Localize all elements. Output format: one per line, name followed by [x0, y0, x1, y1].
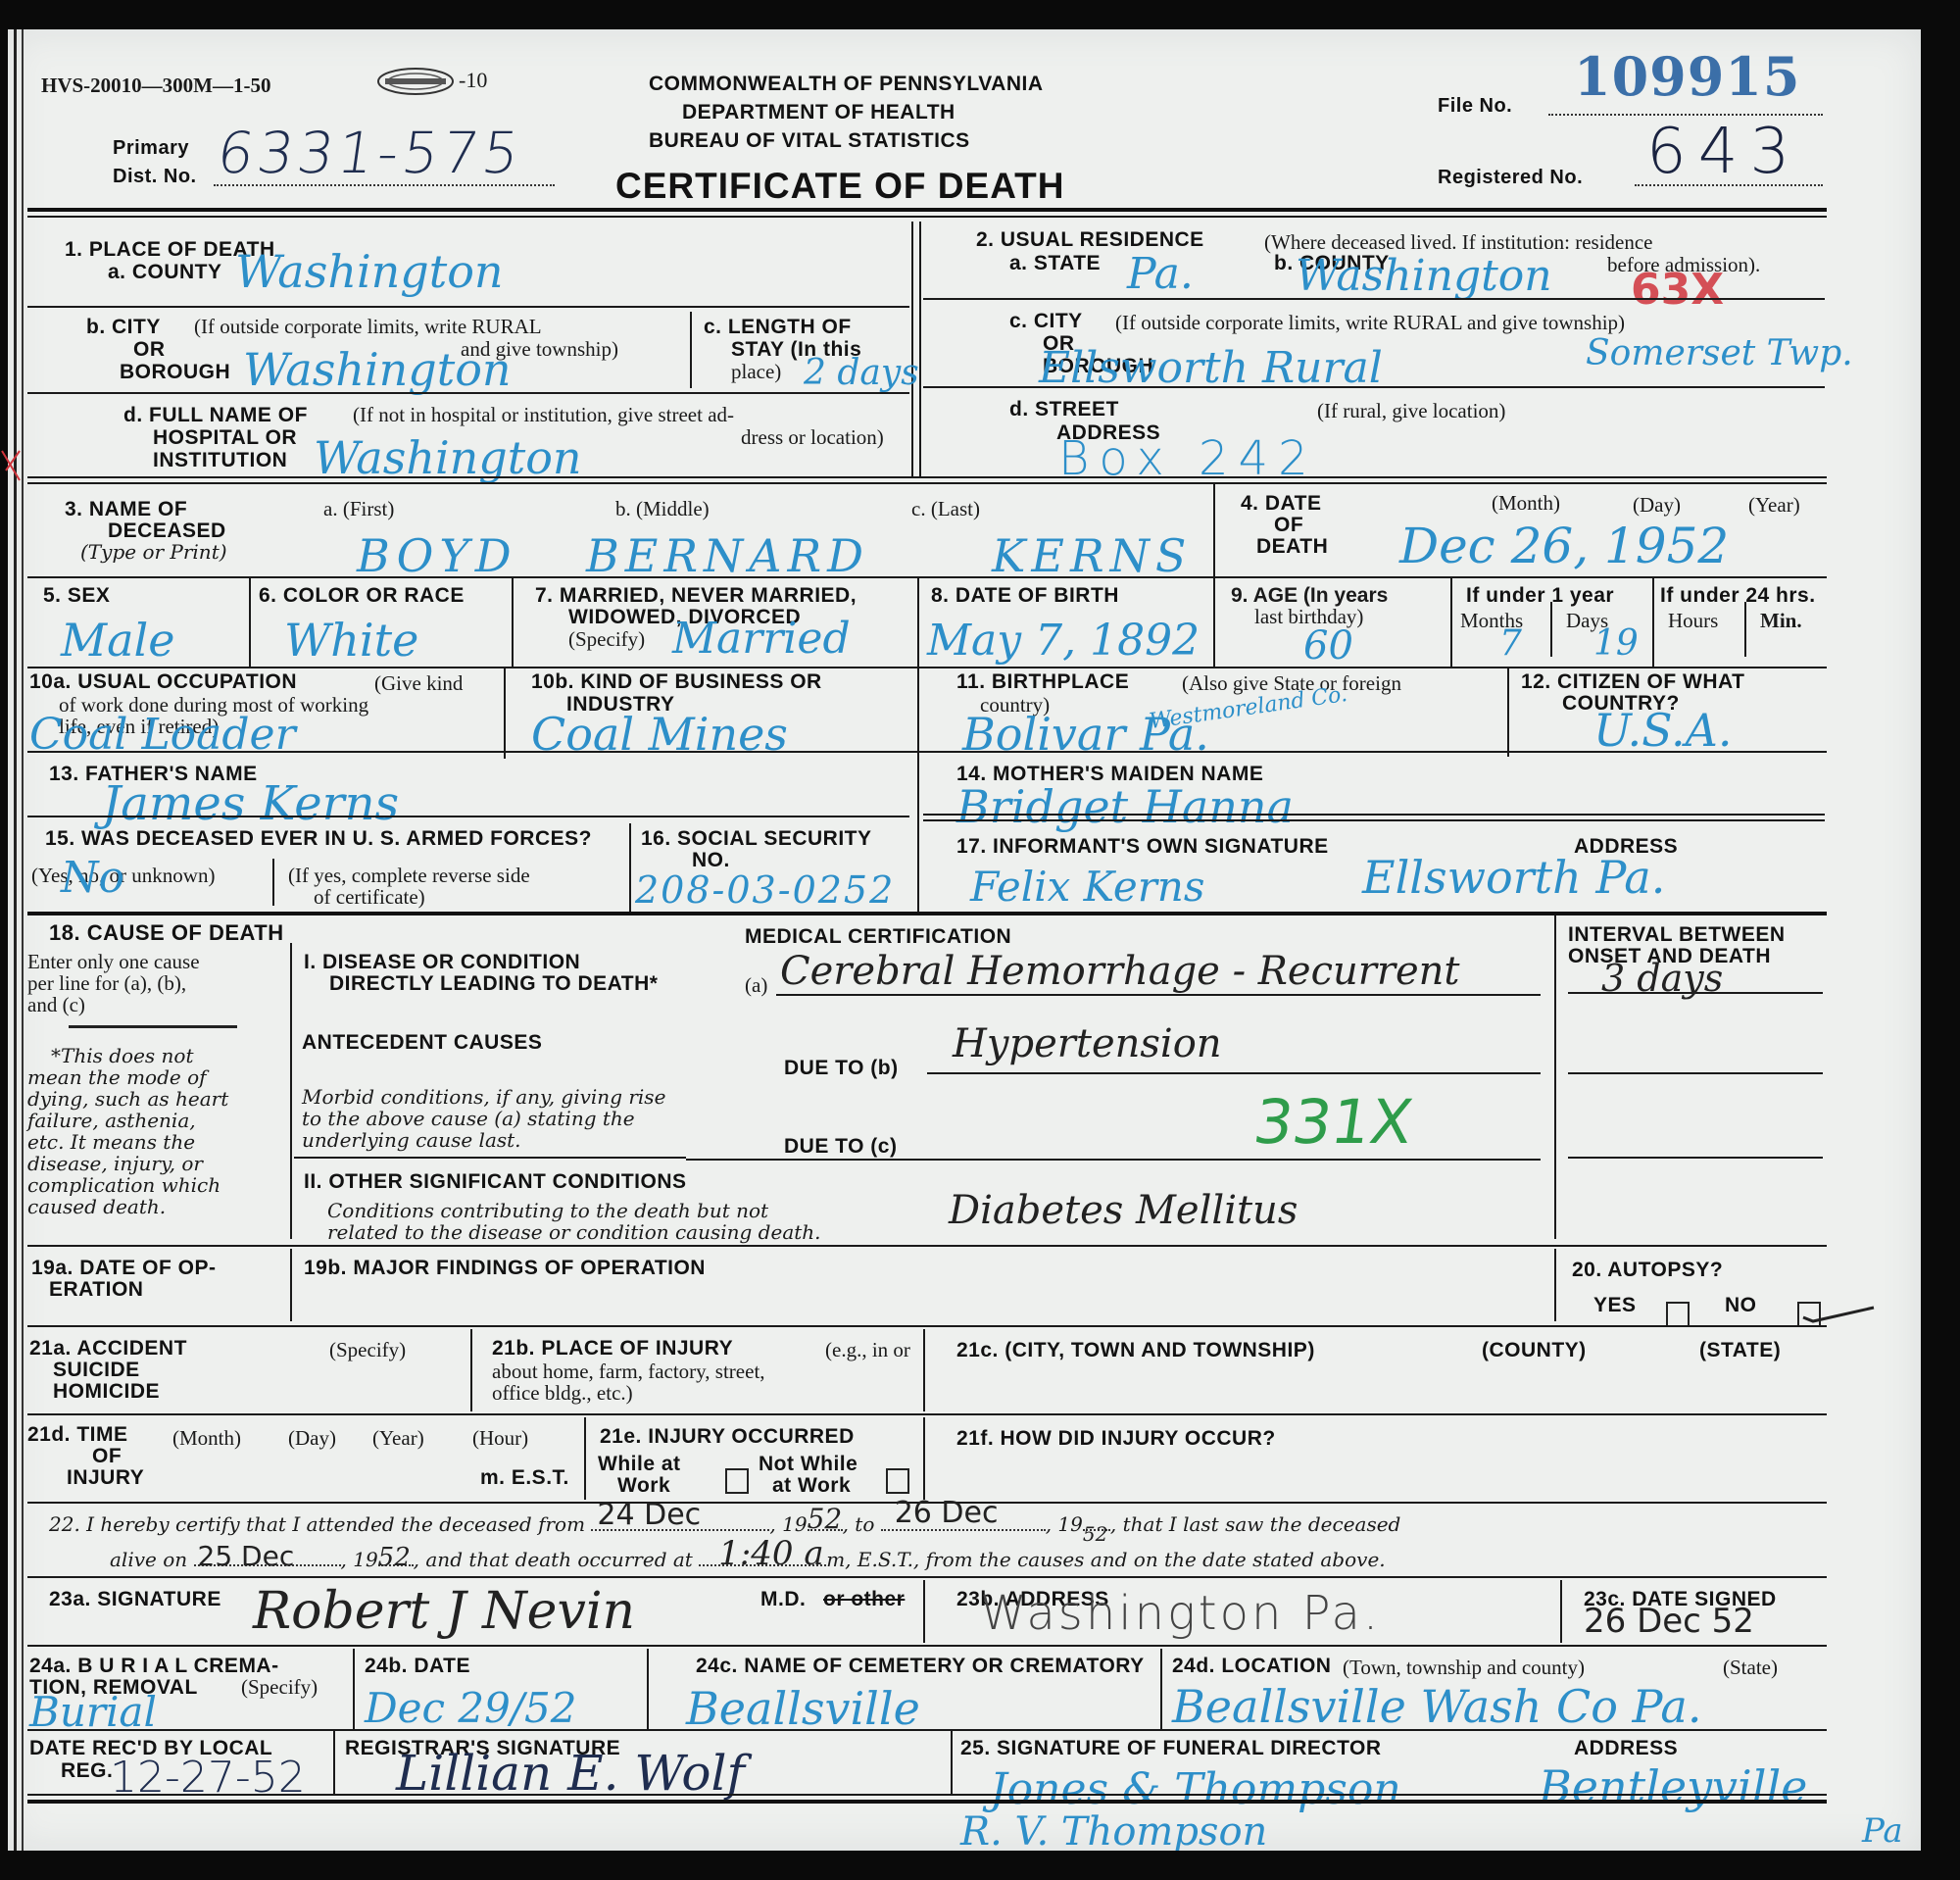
left-border [14, 29, 17, 1851]
rule [923, 1417, 925, 1500]
under-24-label: If under 24 hrs. [1660, 584, 1816, 607]
county-label: a. COUNTY [108, 261, 222, 283]
name-label-1: 3. NAME OF [65, 498, 187, 520]
rule [27, 1794, 1827, 1796]
burial-location-value[interactable]: Beallsville Wash Co Pa. [1172, 1680, 1701, 1733]
residence-city-label: c. CITY [1009, 310, 1083, 332]
last-name-label: c. (Last) [911, 498, 980, 520]
marital-label-1: 7. MARRIED, NEVER MARRIED, [535, 584, 857, 607]
alive-year-field[interactable]: 52 [378, 1564, 414, 1566]
armed-forces-label: 15. WAS DECEASED EVER IN U. S. ARMED FOR… [45, 827, 592, 850]
op-date-label-2: ERATION [49, 1278, 143, 1301]
rule [504, 667, 506, 759]
informant-label: 17. INFORMANT'S OWN SIGNATURE [956, 835, 1329, 858]
rule [69, 1025, 237, 1028]
rule [27, 306, 909, 308]
accident-label-2: SUICIDE [53, 1359, 140, 1381]
due-c-label: DUE TO (c) [784, 1135, 897, 1158]
rule [27, 1576, 1827, 1578]
dod-month-label: (Month) [1492, 492, 1560, 515]
funeral-address-value[interactable]: Bentleyville [1539, 1760, 1807, 1813]
time-est: m. E.S.T. [480, 1466, 569, 1489]
medical-cert-label: MEDICAL CERTIFICATION [745, 925, 1011, 948]
footnote-4: failure, asthenia, [27, 1110, 196, 1132]
city-note-1: (If outside corporate limits, write RURA… [194, 316, 542, 338]
months-value[interactable]: 7 [1499, 623, 1522, 664]
footnote-7: complication which [27, 1174, 220, 1197]
file-no-value: 109915 [1574, 45, 1800, 108]
time-label-1: 21d. TIME [27, 1423, 128, 1446]
hospital-label-3: INSTITUTION [153, 449, 287, 471]
physician-address-value[interactable]: Washington Pa. [980, 1586, 1381, 1641]
autopsy-yes-label: YES [1593, 1294, 1637, 1316]
rule [1560, 1580, 1562, 1643]
stay-label-3: place) [731, 361, 781, 383]
rule [27, 1729, 1827, 1731]
rule [27, 392, 909, 394]
city-label: b. CITY [86, 316, 161, 338]
interval-a-value[interactable]: 3 days [1601, 957, 1723, 1000]
death-county-value[interactable]: Washington [235, 245, 504, 298]
death-city-value[interactable]: Washington [243, 343, 512, 396]
rule [512, 576, 514, 667]
rule [629, 823, 631, 912]
instructions-2: per line for (a), (b), [27, 972, 186, 995]
rule [917, 667, 919, 759]
dod-year-label: (Year) [1748, 494, 1800, 517]
funeral-director-value[interactable]: Jones & Thompson [990, 1764, 1401, 1814]
instructions-3: and (c) [27, 994, 85, 1016]
residence-state-value[interactable]: Pa. [1127, 249, 1194, 299]
while-at-work-checkbox[interactable] [725, 1468, 749, 1494]
divider-1-2b [919, 222, 921, 478]
rule [923, 819, 1825, 821]
part1-label-1: I. DISEASE OR CONDITION [304, 951, 580, 973]
hospital-label-2: HOSPITAL OR [153, 426, 297, 449]
mother-name-value[interactable]: Bridget Hanna [956, 780, 1294, 833]
rule [27, 816, 909, 817]
other-conditions-value[interactable]: Diabetes Mellitus [949, 1188, 1298, 1233]
rule [1554, 915, 1556, 1239]
op-date-label-1: 19a. DATE OF OP- [31, 1257, 216, 1279]
injury-state-label: (STATE) [1699, 1339, 1781, 1361]
burial-specify: (Specify) [241, 1676, 318, 1699]
name-label-3: (Type or Print) [80, 541, 227, 564]
header-rule-1 [27, 208, 1827, 212]
rule [27, 912, 1827, 915]
rule [923, 298, 1825, 300]
injury-county-label: (COUNTY) [1482, 1339, 1587, 1361]
hours-label: Hours [1668, 610, 1718, 632]
certify-line-1: 22. I hereby certify that I attended the… [49, 1513, 1400, 1536]
date-of-death-value[interactable]: Dec 26, 1952 [1399, 518, 1729, 574]
rule [686, 1159, 1541, 1161]
race-value[interactable]: White [284, 614, 418, 667]
time-label-3: INJURY [67, 1466, 144, 1489]
rule [27, 751, 1827, 753]
residence-township-value[interactable]: Somerset Twp. [1586, 333, 1853, 373]
rule [923, 814, 1825, 816]
rule [249, 576, 251, 667]
antecedent-note-3: underlying cause last. [302, 1129, 521, 1152]
residence-title: 2. USUAL RESIDENCE [976, 228, 1204, 251]
rule [917, 576, 919, 667]
burial-location-note: (Town, township and county) [1343, 1657, 1585, 1679]
rule [290, 943, 292, 1239]
agency-line-2: DEPARTMENT OF HEALTH [682, 101, 955, 124]
injury-location-label: 21c. (CITY, TOWN AND TOWNSHIP) [956, 1339, 1315, 1361]
dod-label-2: OF [1274, 514, 1303, 536]
hospital-label-1: d. FULL NAME OF [123, 404, 308, 426]
middle-name-value[interactable]: BERNARD [586, 529, 869, 582]
dod-label-1: 4. DATE [1241, 492, 1321, 515]
to-date-field[interactable]: 26 Dec [881, 1529, 1046, 1531]
time-hour: (Hour) [472, 1427, 528, 1450]
page-title: CERTIFICATE OF DEATH [615, 167, 1065, 206]
left-border-inner [22, 29, 24, 1851]
md-label: M.D. [760, 1588, 806, 1610]
occurred-label: 21e. INJURY OCCURRED [600, 1425, 855, 1448]
union-bug-seal-icon [375, 67, 456, 96]
date-signed-value[interactable]: 26 Dec 52 [1584, 1602, 1754, 1641]
informant-signature-value[interactable]: Felix Kerns [970, 863, 1204, 911]
rule [923, 386, 1825, 388]
name-label-2: DECEASED [108, 519, 226, 542]
dob-label: 8. DATE OF BIRTH [931, 584, 1119, 607]
place-of-injury-note-3: office bldg., etc.) [492, 1382, 633, 1405]
rule [1213, 576, 1215, 667]
occupation-label-1: 10a. USUAL OCCUPATION [29, 670, 297, 693]
footnote-3: dying, such as heart [27, 1088, 228, 1111]
footnote-1: *This does not [51, 1045, 194, 1067]
days-value[interactable]: 19 [1593, 623, 1639, 664]
first-name-label: a. (First) [323, 498, 394, 520]
registered-no-value[interactable]: 643 [1646, 116, 1801, 188]
rule [923, 1580, 925, 1643]
length-of-stay-value[interactable]: 2 days [804, 353, 919, 393]
header-rule-2 [27, 216, 1827, 218]
dod-label-3: DEATH [1256, 535, 1328, 558]
armed-forces-note-3: of certificate) [314, 886, 425, 909]
file-no-label: File No. [1438, 95, 1512, 118]
cause-b-value[interactable]: Hypertension [953, 1021, 1222, 1066]
burial-date-label: 24b. DATE [365, 1655, 470, 1677]
rule [27, 1245, 1827, 1247]
or-other-label: or other [823, 1588, 905, 1610]
rule [1213, 484, 1215, 576]
funeral-address-state[interactable]: Pa [1862, 1811, 1903, 1851]
cemetery-value[interactable]: Beallsville [686, 1682, 920, 1735]
registered-no-label: Registered No. [1438, 167, 1583, 189]
place-of-injury-note-1: (e.g., in or [825, 1339, 910, 1361]
hospital-note-2: dress or location) [741, 426, 884, 449]
rule [1554, 1249, 1556, 1321]
from-year-field[interactable]: 52 [808, 1529, 843, 1531]
from-date-field[interactable]: 24 Dec [591, 1529, 769, 1531]
place-of-injury-label: 21b. PLACE OF INJURY [492, 1337, 733, 1360]
time-day: (Day) [288, 1427, 336, 1450]
city-label-or: OR [133, 338, 166, 361]
while-at-work-2: Work [617, 1474, 670, 1497]
footnote-6: disease, injury, or [27, 1153, 203, 1175]
antecedent-note-1: Morbid conditions, if any, giving rise [302, 1086, 665, 1109]
rule [27, 482, 1827, 484]
union-label-suffix: -10 [459, 69, 487, 91]
rule [1507, 667, 1509, 757]
date-recd-label-2: REG. [61, 1759, 113, 1782]
rule [27, 1413, 1827, 1415]
part1-label-2: DIRECTLY LEADING TO DEATH* [329, 972, 658, 995]
rule [27, 576, 1827, 578]
dod-day-label: (Day) [1633, 494, 1681, 517]
rule [1160, 1649, 1162, 1729]
rule [1450, 576, 1452, 667]
street-label-1: d. STREET [1009, 398, 1119, 421]
burial-label-1: 24a. B U R I A L CREMA- [29, 1655, 279, 1677]
autopsy-no-label: NO [1725, 1294, 1757, 1316]
while-at-work-1: While at [598, 1453, 681, 1475]
informant-address-value[interactable]: Ellsworth Pa. [1362, 851, 1665, 904]
marital-status-value[interactable]: Married [672, 614, 851, 664]
rule [27, 667, 1827, 668]
footnote-2: mean the mode of [27, 1066, 207, 1089]
rule [27, 476, 1827, 478]
funeral-address-label: ADDRESS [1574, 1737, 1678, 1759]
rule [1568, 1157, 1823, 1159]
accident-label-3: HOMICIDE [53, 1380, 160, 1403]
form-code: HVS-20010—300M—1-50 [41, 74, 271, 97]
instructions-1: Enter only one cause [27, 951, 200, 973]
part2-label: II. OTHER SIGNIFICANT CONDITIONS [304, 1170, 687, 1193]
time-month: (Month) [172, 1427, 241, 1450]
to-year-field[interactable]: 52 [1083, 1529, 1110, 1531]
rule [353, 1649, 355, 1729]
first-name-value[interactable]: BOYD [357, 529, 517, 582]
antecedent-note-2: to the above cause (a) stating the [302, 1108, 635, 1130]
rule [294, 1157, 686, 1159]
accident-specify: (Specify) [329, 1339, 406, 1361]
rule [951, 1731, 953, 1796]
green-code-stamp: 331X [1249, 1086, 1417, 1158]
footnote-8: caused death. [27, 1196, 166, 1218]
min-label: Min. [1760, 610, 1802, 632]
street-note: (If rural, give location) [1317, 400, 1505, 422]
ssn-label-1: 16. SOCIAL SECURITY [641, 827, 872, 850]
rule [1550, 602, 1552, 657]
rule [27, 1800, 1827, 1804]
red-margin-mark-icon [0, 441, 29, 500]
checkmark-icon [1799, 1300, 1878, 1325]
occupation-label-note: (Give kind [374, 672, 463, 695]
not-while-at-work-2: at Work [772, 1474, 851, 1497]
rule [333, 1731, 335, 1796]
primary-dist-label-1: Primary [113, 137, 189, 160]
age-label-1: 9. AGE (In years [1231, 584, 1388, 607]
due-b-label: DUE TO (b) [784, 1057, 899, 1079]
armed-forces-value[interactable]: No [61, 853, 124, 903]
footnote-5: etc. It means the [27, 1131, 195, 1154]
under-year-label: If under 1 year [1466, 584, 1614, 607]
agency-line-3: BUREAU OF VITAL STATISTICS [649, 129, 970, 152]
op-findings-label: 19b. MAJOR FINDINGS OF OPERATION [304, 1257, 706, 1279]
burial-location-state: (State) [1723, 1657, 1778, 1679]
scan-edge-right [1921, 0, 1960, 1880]
autopsy-label: 20. AUTOPSY? [1572, 1259, 1723, 1281]
father-name-value[interactable]: James Kerns [102, 776, 399, 831]
accident-label-1: 21a. ACCIDENT [29, 1337, 187, 1360]
primary-dist-value[interactable]: 6331-575 [213, 120, 527, 186]
date-of-birth-value[interactable]: May 7, 1892 [927, 616, 1200, 666]
rule [272, 859, 274, 906]
rule [923, 1329, 925, 1411]
rule [1652, 576, 1654, 667]
autopsy-yes-checkbox[interactable] [1666, 1302, 1690, 1327]
time-label-2: OF [92, 1445, 122, 1467]
death-time-field[interactable]: 1:40 a [699, 1564, 826, 1566]
rule [290, 1249, 292, 1321]
cause-title: 18. CAUSE OF DEATH [49, 921, 284, 944]
primary-dist-label-2: Dist. No. [113, 166, 197, 188]
citizen-label-1: 12. CITIZEN OF WHAT [1521, 670, 1744, 693]
alive-on-field[interactable]: 25 Dec [194, 1564, 341, 1566]
marital-label-3: (Specify) [568, 628, 645, 651]
rule [647, 1649, 649, 1729]
burial-date-value[interactable]: Dec 29/52 [365, 1684, 576, 1732]
sex-value[interactable]: Male [61, 614, 174, 667]
cemetery-label: 24c. NAME OF CEMETERY OR CREMATORY [696, 1655, 1145, 1677]
not-while-at-work-checkbox[interactable] [886, 1468, 909, 1494]
rule [27, 1645, 1827, 1647]
place-of-injury-note-2: about home, farm, factory, street, [492, 1361, 765, 1383]
residence-city-note: (If outside corporate limits, write RURA… [1115, 312, 1625, 334]
rule [1568, 1072, 1823, 1074]
signature-label: 23a. SIGNATURE [49, 1588, 221, 1610]
rule [584, 1417, 586, 1500]
part2-note-1: Conditions contributing to the death but… [327, 1200, 768, 1222]
cause-a-value[interactable]: Cerebral Hemorrhage - Recurrent [780, 949, 1460, 994]
race-label: 6. COLOR OR RACE [259, 584, 465, 607]
rule [927, 1072, 1541, 1074]
interval-label-1: INTERVAL BETWEEN [1568, 923, 1786, 946]
middle-name-label: b. (Middle) [615, 498, 710, 520]
city-label-borough: BOROUGH [120, 361, 230, 383]
certify-line-2: alive on 25 Dec, 1952, and that death oc… [110, 1549, 1386, 1571]
scan-edge-bottom [0, 1851, 1960, 1880]
funeral-director-label: 25. SIGNATURE OF FUNERAL DIRECTOR [960, 1737, 1382, 1759]
birthplace-label-1: 11. BIRTHPLACE [956, 670, 1129, 693]
residence-county-value[interactable]: Washington [1296, 251, 1552, 301]
cause-a-label: (a) [745, 974, 767, 997]
hospital-note-1: (If not in hospital or institution, give… [353, 404, 734, 426]
residence-state-label: a. STATE [1009, 252, 1101, 274]
red-code-stamp: 63X [1631, 265, 1724, 315]
citizen-value[interactable]: U.S.A. [1593, 704, 1733, 757]
business-label-1: 10b. KIND OF BUSINESS OR [531, 670, 822, 693]
physician-signature-value[interactable]: Robert J Nevin [253, 1582, 635, 1641]
funeral-director-value-2[interactable]: R. V. Thompson [960, 1809, 1267, 1855]
armed-forces-note-2: (If yes, complete reverse side [288, 865, 530, 887]
rule [1744, 602, 1746, 657]
sex-label: 5. SEX [43, 584, 110, 607]
part2-note-2: related to the disease or condition caus… [327, 1221, 821, 1244]
rule [27, 1325, 1827, 1327]
age-value[interactable]: 60 [1303, 623, 1353, 668]
last-name-value[interactable]: KERNS [992, 529, 1192, 582]
rule [470, 1329, 472, 1411]
rule [917, 823, 919, 912]
antecedent-label: ANTECEDENT CAUSES [302, 1031, 542, 1054]
burial-location-label: 24d. LOCATION [1172, 1655, 1331, 1677]
rule [776, 994, 1541, 996]
time-year: (Year) [372, 1427, 424, 1450]
rule [690, 312, 692, 388]
divider-1-2 [911, 222, 913, 478]
not-while-at-work-1: Not While [759, 1453, 857, 1475]
stay-label-1: c. LENGTH OF [704, 316, 852, 338]
ssn-value[interactable]: 208-03-0252 [635, 868, 895, 912]
how-injury-label: 21f. HOW DID INJURY OCCUR? [956, 1427, 1276, 1450]
agency-line-1: COMMONWEALTH OF PENNSYLVANIA [649, 73, 1043, 95]
